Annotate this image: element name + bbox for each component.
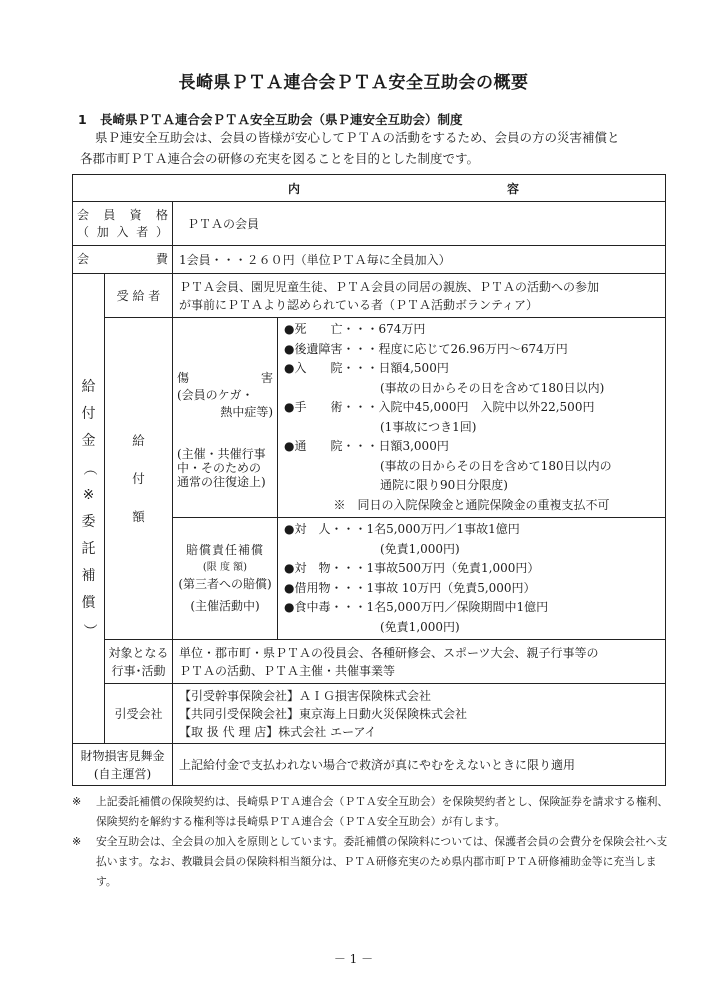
fee-value: 1会員・・・２６０円（単位ＰＴＡ毎に全員加入） <box>173 246 666 274</box>
injury-items: ●死 亡・・・674万円 ●後遺障害・・・程度に応じて26.96万円～674万円… <box>278 318 666 518</box>
injury-sub-label: (会員のケガ・ <box>177 387 273 404</box>
injury-item: ●手 術・・・入院中45,000円 入院中以外22,500円 <box>284 398 659 418</box>
section-heading-text: 長崎県ＰＴＡ連合会ＰＴＡ安全互助会（県Ｐ連安全互助会）制度 <box>100 112 463 127</box>
liability-title: 賠償責任補償 <box>173 542 277 559</box>
label-char: 会 <box>77 251 89 268</box>
recipient-value: ＰＴＡ会員、園児児童生徒、ＰＴＡ会員の同居の親族、ＰＴＡの活動への参加 が事前に… <box>173 274 666 318</box>
label-char: 償 <box>73 590 104 617</box>
liability-label: 賠償責任補償 (限 度 額) (第三者への賠償) (主催活動中) <box>173 518 278 640</box>
activities-label-line: 行事･活動 <box>105 662 172 680</box>
liability-item: ●食中毒・・・1名5,000万円／保険期間中1億円 <box>284 598 659 618</box>
activities-row: 対象となる 行事･活動 単位・郡市町・県ＰＴＡの役員会、各種研修会、スポーツ大会… <box>73 640 666 684</box>
liability-limit: (限 度 額) <box>173 559 277 576</box>
injury-item: ●後遺障害・・・程度に応じて26.96万円～674万円 <box>284 340 659 360</box>
liability-items: ●対 人・・・1名5,000万円／1事故1億円 (免責1,000円) ●対 物・… <box>278 518 666 640</box>
label-char: 補 <box>73 563 104 590</box>
label-char: ） <box>156 224 168 241</box>
page-title: 長崎県ＰＴＡ連合会ＰＴＡ安全互助会の概要 <box>0 68 707 93</box>
underwriter-row: 引受会社 【引受幹事保険会社】ＡＩＧ損害保険株式会社 【共同引受保険会社】東京海… <box>73 684 666 744</box>
section-number: 1 <box>78 112 100 127</box>
label-char: 傷 <box>177 370 189 387</box>
label-char: 者 <box>136 224 148 241</box>
injury-condition: 通常の往復途上) <box>177 475 273 489</box>
injury-row: 給 付 額 傷 害 (会員のケガ・ 熱中症等) (主催・共催行事 中・そのための… <box>73 318 666 518</box>
label-char: 委 <box>73 509 104 536</box>
underwriter-line: 【共同引受保険会社】東京海上日動火災保険株式会社 <box>179 705 659 723</box>
liability-item: (免責1,000円) <box>284 618 659 638</box>
fee-row: 会 費 1会員・・・２６０円（単位ＰＴＡ毎に全員加入） <box>73 246 666 274</box>
activities-line: 単位・郡市町・県ＰＴＡの役員会、各種研修会、スポーツ大会、親子行事等の <box>179 644 659 662</box>
injury-note: ※ 同日の入院保険金と通院保険金の重複支払不可 <box>284 496 659 516</box>
label-char: 資 <box>130 207 142 224</box>
label-char: ※ <box>73 482 104 509</box>
label-char: 給 <box>73 374 104 401</box>
liability-item: ●対 人・・・1名5,000万円／1事故1億円 <box>284 520 659 540</box>
property-row: 財物損害見舞金 (自主運営) 上記給付金で支払われない場合で救済が真にやむをえな… <box>73 744 666 786</box>
underwriter-line: 【引受幹事保険会社】ＡＩＧ損害保険株式会社 <box>179 687 659 705</box>
overview-table: 内容 会 員 資 格 （ 加 入 者 ） ＰＴＡの会員 会 費 <box>72 174 666 786</box>
activities-value: 単位・郡市町・県ＰＴＡの役員会、各種研修会、スポーツ大会、親子行事等の ＰＴＡの… <box>173 640 666 684</box>
label-char: 託 <box>73 536 104 563</box>
liability-third-party: (第三者への賠償) <box>173 576 277 593</box>
label-char: 入 <box>116 224 128 241</box>
amount-label: 給 付 額 <box>105 318 173 640</box>
membership-label: 会 員 資 格 （ 加 入 者 ） <box>73 202 173 246</box>
liability-item: ●対 物・・・1事故500万円（免責1,000円） <box>284 559 659 579</box>
injury-item: (1事故につき1回) <box>284 418 659 438</box>
label-char: 員 <box>103 207 115 224</box>
injury-item: ●死 亡・・・674万円 <box>284 320 659 340</box>
note-line: 上記委託補償の保険契約は、長崎県ＰＴＡ連合会（ＰＴＡ安全互助会）を保険契約者とし… <box>96 792 668 812</box>
table-header-row: 内容 <box>73 175 666 202</box>
section-heading: 1長崎県ＰＴＡ連合会ＰＴＡ安全互助会（県Ｐ連安全互助会）制度 <box>78 110 463 128</box>
injury-condition: 中・そのための <box>177 461 273 475</box>
injury-item: 通院に限り90日分限度) <box>284 476 659 496</box>
liability-item: ●借用物・・・1事故 10万円（免責5,000円） <box>284 579 659 599</box>
activities-line: ＰＴＡの活動、ＰＴＡ主催・共催事業等 <box>179 662 659 680</box>
label-char: 害 <box>261 370 273 387</box>
injury-item: ●入 院・・・日額4,500円 <box>284 359 659 379</box>
liability-condition: (主催活動中) <box>173 598 277 615</box>
header-char-1: 内 <box>219 180 369 197</box>
property-label-line: 財物損害見舞金 <box>73 747 172 765</box>
benefits-vertical-label: 給 付 金 （ ※ 委 託 補 償 ） <box>73 274 105 744</box>
recipient-row: 給 付 金 （ ※ 委 託 補 償 ） 受 給 者 ＰＴＡ会員、園児児童生徒、Ｐ… <box>73 274 666 318</box>
label-char: 額 <box>105 498 172 536</box>
label-char: 金 <box>73 428 104 455</box>
fee-label: 会 費 <box>73 246 173 274</box>
injury-sub-label: 熱中症等) <box>177 404 273 421</box>
activities-label: 対象となる 行事･活動 <box>105 640 173 684</box>
activities-label-line: 対象となる <box>105 644 172 662</box>
underwriter-label: 引受会社 <box>105 684 173 744</box>
recipient-line: が事前にＰＴＡより認められている者（ＰＴＡ活動ボランティア） <box>179 296 659 314</box>
injury-label: 傷 害 (会員のケガ・ 熱中症等) (主催・共催行事 中・そのための 通常の往復… <box>173 318 278 518</box>
label-char: 加 <box>97 224 109 241</box>
property-label-line: (自主運営) <box>73 765 172 783</box>
label-char: 給 <box>105 422 172 460</box>
injury-item: (事故の日からその日を含めて180日以内の <box>284 457 659 477</box>
note-mark: ※ <box>72 832 96 892</box>
label-char: 付 <box>73 401 104 428</box>
property-value: 上記給付金で支払われない場合で救済が真にやむをえないときに限り適用 <box>173 744 666 786</box>
underwriter-line: 【取 扱 代 理 店】株式会社 エーアイ <box>179 723 659 741</box>
label-char: 会 <box>77 207 89 224</box>
label-char: 費 <box>156 251 168 268</box>
footnotes: ※ 上記委託補償の保険契約は、長崎県ＰＴＡ連合会（ＰＴＡ安全互助会）を保険契約者… <box>72 792 672 892</box>
footnote: ※ 上記委託補償の保険契約は、長崎県ＰＴＡ連合会（ＰＴＡ安全互助会）を保険契約者… <box>72 792 672 832</box>
intro-text-line2: 各郡市町ＰＴＡ連合会の研修の充実を図ることを目的とした制度です。 <box>80 148 670 169</box>
label-char: （ <box>77 224 89 241</box>
table-header: 内容 <box>73 175 666 202</box>
label-char: （ <box>75 453 102 484</box>
membership-value: ＰＴＡの会員 <box>173 202 666 246</box>
property-label: 財物損害見舞金 (自主運営) <box>73 744 173 786</box>
injury-item: ●通 院・・・日額3,000円 <box>284 437 659 457</box>
footnote: ※ 安全互助会は、全会員の加入を原則としています。委託補償の保険料については、保… <box>72 832 672 892</box>
note-line: 払います。なお、教職員会員の保険料相当額分は、ＰＴＡ研修充実のため県内郡市町ＰＴ… <box>96 852 672 892</box>
page-number: － 1 － <box>0 950 707 967</box>
label-char: 格 <box>156 207 168 224</box>
intro-text-line1: 県Ｐ連安全互助会は、会員の皆様が安心してＰＴＡの活動をするため、会員の方の災害補… <box>95 127 685 148</box>
note-mark: ※ <box>72 792 96 832</box>
label-char: ） <box>75 615 102 646</box>
recipient-label: 受 給 者 <box>105 274 173 318</box>
liability-item: (免責1,000円) <box>284 540 659 560</box>
underwriter-value: 【引受幹事保険会社】ＡＩＧ損害保険株式会社 【共同引受保険会社】東京海上日動火災… <box>173 684 666 744</box>
injury-item: (事故の日からその日を含めて180日以内) <box>284 379 659 399</box>
injury-condition: (主催・共催行事 <box>177 447 273 461</box>
label-char: 付 <box>105 460 172 498</box>
note-line: 保険契約を解約する権利等は長崎県ＰＴＡ連合会（ＰＴＡ安全互助会）が有します。 <box>96 812 668 832</box>
note-line: 安全互助会は、全会員の加入を原則としています。委託補償の保険料については、保護者… <box>96 832 672 852</box>
membership-row: 会 員 資 格 （ 加 入 者 ） ＰＴＡの会員 <box>73 202 666 246</box>
header-char-2: 容 <box>369 180 519 197</box>
recipient-line: ＰＴＡ会員、園児児童生徒、ＰＴＡ会員の同居の親族、ＰＴＡの活動への参加 <box>179 278 659 296</box>
